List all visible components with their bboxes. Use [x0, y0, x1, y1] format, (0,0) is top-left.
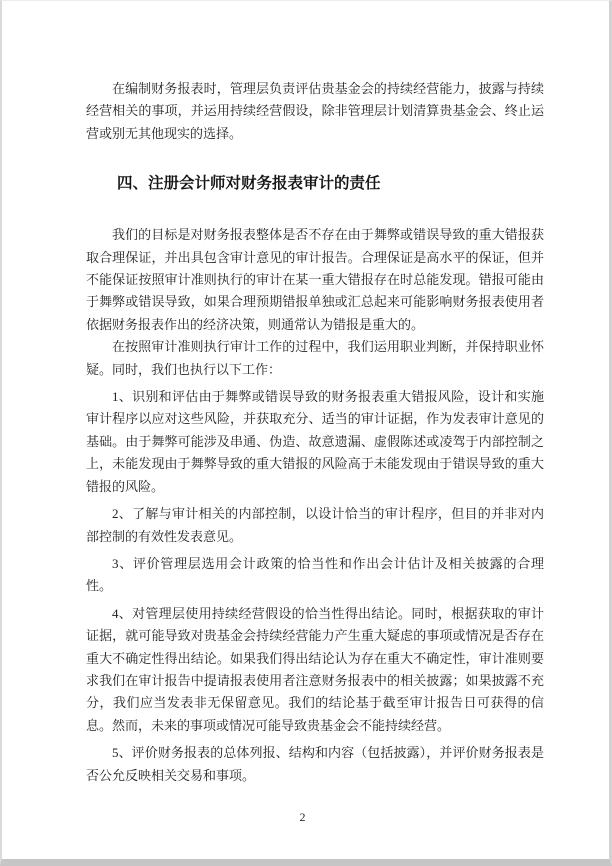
numbered-item: 4、对管理层使用持续经营假设的恰当性得出结论。同时，根据获取的审计证据，就可能导… — [86, 603, 544, 737]
numbered-item: 3、评价管理层选用会计政策的恰当性和作出会计估计及相关披露的合理性。 — [86, 553, 544, 598]
body-paragraph: 在按照审计准则执行审计工作的过程中，我们运用职业判断，并保持职业怀疑。同时，我们… — [86, 336, 544, 381]
body-paragraph: 我们的目标是对财务报表整体是否不存在由于舞弊或错误导致的重大错报获取合理保证，并… — [86, 224, 544, 336]
numbered-item: 2、了解与审计相关的内部控制，以设计恰当的审计程序，但目的并非对内部控制的有效性… — [86, 503, 544, 548]
page-number: 2 — [2, 809, 603, 825]
numbered-item: 1、识别和评估由于舞弊或错误导致的财务报表重大错报风险，设计和实施审计程序以应对… — [86, 386, 544, 498]
document-page: 在编制财务报表时，管理层负责评估贵基金会的持续经营能力，披露与持续经营相关的事项… — [0, 0, 612, 866]
numbered-item: 5、评价财务报表的总体列报、结构和内容（包括披露），并评价财务报表是否公允反映相… — [86, 742, 544, 787]
intro-paragraph: 在编制财务报表时，管理层负责评估贵基金会的持续经营能力，披露与持续经营相关的事项… — [86, 78, 544, 145]
document-content: 在编制财务报表时，管理层负责评估贵基金会的持续经营能力，披露与持续经营相关的事项… — [86, 78, 544, 787]
section-heading: 四、注册会计师对财务报表审计的责任 — [86, 172, 544, 196]
